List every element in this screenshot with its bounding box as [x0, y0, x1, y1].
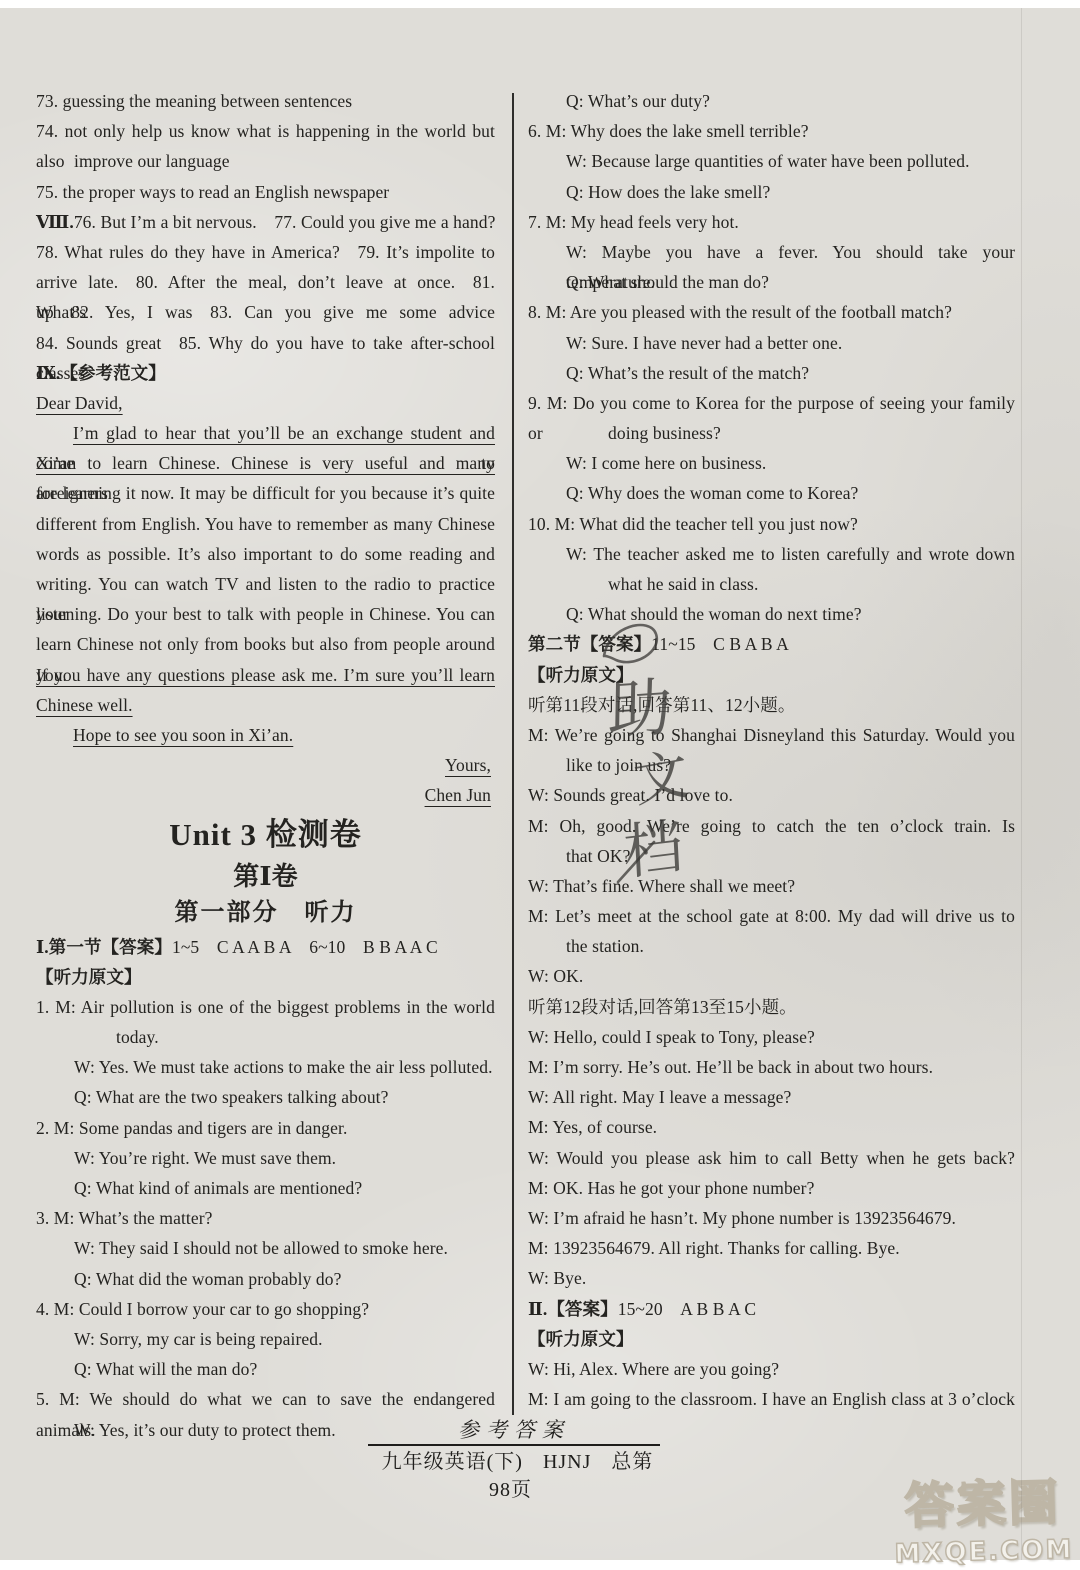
text-line: M: Oh, good. We’re going to catch the te… [528, 811, 1015, 841]
text-segment: Yours, [445, 755, 491, 775]
text-line: Hope to see you soon in Xi’an. [36, 720, 495, 750]
text-line: W: Yes. We must take actions to make the… [36, 1052, 495, 1082]
text-segment: today. [116, 1027, 159, 1047]
text-segment: W: Sounds great. I’d love to. [528, 785, 733, 805]
text-segment: 2. M: Some pandas and tigers are in dang… [36, 1118, 347, 1138]
text-segment: 1. M: Air pollution is one of the bigges… [36, 997, 495, 1017]
text-segment: 15~20 A B B A C [618, 1299, 756, 1319]
text-segment: W: OK. [528, 966, 583, 986]
footer-info: 九年级英语(下) HJNJ 总第98页 [368, 1448, 660, 1476]
text-line: If you have any questions please ask me.… [36, 660, 495, 690]
text-segment: M: 13923564679. All right. Thanks for ca… [528, 1238, 900, 1258]
text-segment: M: Yes, of course. [528, 1117, 657, 1137]
text-segment: like to join us? [566, 755, 671, 775]
text-line: improve our language [36, 146, 495, 176]
text-segment: W: You’re right. We must save them. [74, 1148, 336, 1168]
text-line: 73. guessing the meaning between sentenc… [36, 86, 495, 116]
text-line: 6. M: Why does the lake smell terrible? [528, 116, 1015, 146]
text-line: today. [36, 1022, 495, 1052]
text-segment: M: We’re going to Shanghai Disneyland th… [528, 725, 1015, 745]
text-line: 75. the proper ways to read an English n… [36, 177, 495, 207]
text-segment: W: Hi, Alex. Where are you going? [528, 1359, 779, 1379]
text-segment: 73. guessing the meaning between sentenc… [36, 91, 352, 111]
text-line: M: Yes, of course. [528, 1112, 1015, 1142]
text-line: 第一部分 听力 [36, 895, 495, 932]
footer-ref-label: 参考答案 [368, 1416, 660, 1444]
text-segment: W: Would you please ask him to call Bett… [528, 1148, 1015, 1168]
text-segment: Dear David, [36, 393, 123, 413]
text-segment: W: Sure. I have never had a better one. [566, 333, 842, 353]
text-segment: Unit 3 检测卷 [169, 817, 362, 852]
page: 73. guessing the meaning between sentenc… [0, 8, 1080, 1560]
text-line: Xi’an to learn Chinese. Chinese is very … [36, 448, 495, 478]
watermark-logo: 答案圈 [883, 1463, 1080, 1538]
text-line: 84. Sounds great 85. Why do you have to … [36, 328, 495, 358]
watermark: 答案圈 MXQE.COM [883, 1463, 1080, 1560]
text-segment: that OK? [566, 846, 630, 866]
text-segment: 7. M: My head feels very hot. [528, 212, 739, 232]
text-line: 第Ⅰ卷 [36, 858, 495, 895]
text-line: 78. What rules do they have in America? … [36, 237, 495, 267]
text-segment: M: Let’s meet at the school gate at 8:00… [528, 906, 1015, 926]
watermark-site: MXQE.COM [885, 1534, 1080, 1560]
text-segment: words as possible. It’s also important t… [36, 544, 495, 564]
text-line: W: Because large quantities of water hav… [528, 146, 1015, 176]
text-line: Chen Jun [36, 780, 495, 810]
text-line: 5. M: We should do what we can to save t… [36, 1384, 495, 1414]
text-segment: 75. the proper ways to read an English n… [36, 182, 389, 202]
text-line: 74. not only help us know what is happen… [36, 116, 495, 146]
text-segment: W: I come here on business. [566, 453, 766, 473]
text-segment: 10. M: What did the teacher tell you jus… [528, 514, 858, 534]
text-line: Ⅰ.第一节【答案】1~5 C A A B A 6~10 B B A A C [36, 932, 495, 962]
text-line: M: I’m sorry. He’s out. He’ll be back in… [528, 1052, 1015, 1082]
text-segment: Q: What’s the result of the match? [566, 363, 809, 383]
text-segment: what he said in class. [608, 574, 758, 594]
text-line: Unit 3 检测卷 [36, 811, 495, 858]
text-segment: M: I am going to the classroom. I have a… [528, 1389, 1015, 1409]
text-line: 听第12段对话,回答第13至15小题。 [528, 992, 1015, 1022]
text-segment: Xi’an to learn Chinese. [36, 453, 220, 473]
text-line: 3. M: What’s the matter? [36, 1203, 495, 1233]
text-segment: M: Oh, good. We’re going to catch the te… [528, 816, 1015, 836]
text-line: Q: What’s the result of the match? [528, 358, 1015, 388]
footer-divider [368, 1444, 660, 1446]
text-segment: W: Because large quantities of water hav… [566, 151, 970, 171]
text-line: Chinese well. [36, 690, 495, 720]
text-line: listening. Do your best to talk with peo… [36, 599, 495, 629]
text-line: Q: What kind of animals are mentioned? [36, 1173, 495, 1203]
text-segment: W: Bye. [528, 1268, 586, 1288]
text-line: different from English. You have to reme… [36, 509, 495, 539]
text-line: 第二节【答案】11~15 C B A B A [528, 629, 1015, 659]
text-line: W: They said I should not be allowed to … [36, 1233, 495, 1263]
text-segment: Q: What did the woman probably do? [74, 1269, 341, 1289]
text-line: learn Chinese not only from books but al… [36, 629, 495, 659]
text-line: doing business? [528, 418, 1015, 448]
text-segment: 第二节【答案】 [528, 634, 651, 654]
text-segment: 6. M: Why does the lake smell terrible? [528, 121, 809, 141]
text-line: 【听力原文】 [528, 1324, 1015, 1354]
text-line: W: Would you please ask him to call Bett… [528, 1143, 1015, 1173]
text-segment: Chinese well. [36, 695, 133, 715]
text-segment: up 82. Yes, I was 83. Can you give me so… [36, 302, 495, 322]
text-segment: W: Yes, it’s our duty to protect them. [74, 1420, 336, 1440]
text-segment: Ⅸ.【参考范文】 [36, 363, 166, 383]
text-line: 10. M: What did the teacher tell you jus… [528, 509, 1015, 539]
text-line: 4. M: Could I borrow your car to go shop… [36, 1294, 495, 1324]
text-segment: Ⅱ.【答案】 [528, 1299, 618, 1319]
text-line: 【听力原文】 [528, 660, 1015, 690]
text-segment: are learning it now. It may be difficult… [36, 483, 495, 503]
text-segment: 78. What rules do they have in America? … [36, 242, 495, 262]
text-segment: 3. M: What’s the matter? [36, 1208, 213, 1228]
text-line: M: We’re going to Shanghai Disneyland th… [528, 720, 1015, 750]
text-line: W: Sorry, my car is being repaired. [36, 1324, 495, 1354]
text-segment: Q: What’s our duty? [566, 91, 710, 111]
text-segment: Q: What should the man do? [566, 272, 769, 292]
text-line: W: The teacher asked me to listen carefu… [528, 539, 1015, 569]
text-segment: 【听力原文】 [36, 967, 142, 987]
text-segment: 8. M: Are you pleased with the result of… [528, 302, 952, 322]
text-segment: W: The teacher asked me to listen carefu… [566, 544, 1015, 564]
text-segment: W: They said I should not be allowed to … [74, 1238, 448, 1258]
text-line: the station. [528, 931, 1015, 961]
text-line: Q: What should the man do? [528, 267, 1015, 297]
text-segment: 1~5 C A A B A 6~10 B B A A C [172, 937, 438, 957]
text-segment: W: Sorry, my car is being repaired. [74, 1329, 323, 1349]
text-line: are learning it now. It may be difficult… [36, 478, 495, 508]
text-segment: M: OK. Has he got your phone number? [528, 1178, 814, 1198]
text-segment: Q: What will the man do? [74, 1359, 257, 1379]
right-column: Q: What’s our duty?6. M: Why does the la… [528, 86, 1015, 1414]
text-segment: W: Yes. We must take actions to make the… [74, 1057, 493, 1077]
text-line: Ⅱ.【答案】15~20 A B B A C [528, 1294, 1015, 1324]
text-segment: Q: What kind of animals are mentioned? [74, 1178, 362, 1198]
text-line: W: You’re right. We must save them. [36, 1143, 495, 1173]
text-line: W: Maybe you have a fever. You should ta… [528, 237, 1015, 267]
text-line: words as possible. It’s also important t… [36, 539, 495, 569]
text-line: Q: Why does the woman come to Korea? [528, 478, 1015, 508]
text-line: W: Sounds great. I’d love to. [528, 780, 1015, 810]
text-line: 1. M: Air pollution is one of the bigges… [36, 992, 495, 1022]
text-segment: M: I’m sorry. He’s out. He’ll be back in… [528, 1057, 933, 1077]
text-line: Q: What are the two speakers talking abo… [36, 1082, 495, 1112]
text-segment: W: Hello, could I speak to Tony, please? [528, 1027, 815, 1047]
text-line: 【听力原文】 [36, 962, 495, 992]
text-line: 9. M: Do you come to Korea for the purpo… [528, 388, 1015, 418]
text-line: 2. M: Some pandas and tigers are in dang… [36, 1113, 495, 1143]
text-line: W: All right. May I leave a message? [528, 1082, 1015, 1112]
text-segment: different from English. You have to reme… [36, 514, 495, 534]
text-segment: 第一部分 听力 [175, 900, 357, 926]
text-line: 7. M: My head feels very hot. [528, 207, 1015, 237]
text-line: Q: What should the woman do next time? [528, 599, 1015, 629]
text-segment: listening. Do your best to talk with peo… [36, 604, 495, 624]
document-photo: { "page": { "colors": { "paper": "#dfddd… [0, 0, 1080, 1560]
text-segment: If you have any questions please ask me.… [36, 665, 495, 685]
text-segment: Q: What should the woman do next time? [566, 604, 862, 624]
footer-code: HJNJ [543, 1451, 591, 1473]
text-segment: Q: Why does the woman come to Korea? [566, 483, 858, 503]
text-line: arrive late. 80. After the meal, don’t l… [36, 267, 495, 297]
text-line: W: OK. [528, 961, 1015, 991]
text-line: 8. M: Are you pleased with the result of… [528, 297, 1015, 327]
text-segment: W: That’s fine. Where shall we meet? [528, 876, 795, 896]
text-line: W: Bye. [528, 1263, 1015, 1293]
text-line: W: Hello, could I speak to Tony, please? [528, 1022, 1015, 1052]
text-line: what he said in class. [528, 569, 1015, 599]
text-line: W: Hi, Alex. Where are you going? [528, 1354, 1015, 1384]
text-segment: Ⅰ.第一节【答案】 [36, 937, 172, 957]
text-segment: doing business? [608, 423, 721, 443]
text-segment: improve our language [74, 151, 230, 171]
text-line: M: I am going to the classroom. I have a… [528, 1384, 1015, 1414]
text-segment: 听第11段对话,回答第11、12小题。 [528, 695, 795, 715]
footer-book: 九年级英语(下) [382, 1451, 523, 1473]
text-segment: 第Ⅰ卷 [233, 862, 297, 891]
text-segment: 【听力原文】 [528, 1329, 634, 1349]
left-column: 73. guessing the meaning between sentenc… [36, 86, 495, 1445]
text-line: like to join us? [528, 750, 1015, 780]
text-line: W: I come here on business. [528, 448, 1015, 478]
text-line: Q: What did the woman probably do? [36, 1264, 495, 1294]
text-line: W: I’m afraid he hasn’t. My phone number… [528, 1203, 1015, 1233]
text-segment: Hope to see you soon in Xi’an. [73, 725, 293, 745]
text-segment: the station. [566, 936, 644, 956]
text-line: Q: What will the man do? [36, 1354, 495, 1384]
text-segment: 【听力原文】 [528, 665, 634, 685]
text-segment: Chen Jun [425, 785, 491, 805]
text-line: that OK? [528, 841, 1015, 871]
text-segment: 听第12段对话,回答第13至15小题。 [528, 997, 797, 1017]
text-line: writing. You can watch TV and listen to … [36, 569, 495, 599]
column-divider [512, 93, 514, 1415]
text-line: M: OK. Has he got your phone number? [528, 1173, 1015, 1203]
text-line: Q: What’s our duty? [528, 86, 1015, 116]
page-footer: 参考答案 九年级英语(下) HJNJ 总第98页 [368, 1416, 660, 1476]
text-line: M: 13923564679. All right. Thanks for ca… [528, 1233, 1015, 1263]
text-line: Yours, [36, 750, 495, 780]
text-segment: Q: How does the lake smell? [566, 182, 770, 202]
text-segment: W: I’m afraid he hasn’t. My phone number… [528, 1208, 956, 1228]
text-line: W: Sure. I have never had a better one. [528, 328, 1015, 358]
text-line: W: That’s fine. Where shall we meet? [528, 871, 1015, 901]
text-line: Dear David, [36, 388, 495, 418]
text-line: M: Let’s meet at the school gate at 8:00… [528, 901, 1015, 931]
text-line: Ⅸ.【参考范文】 [36, 358, 495, 388]
text-segment: 11~15 C B A B A [651, 634, 789, 654]
text-line: 听第11段对话,回答第11、12小题。 [528, 690, 1015, 720]
text-segment: Q: What are the two speakers talking abo… [74, 1087, 389, 1107]
text-segment: W: All right. May I leave a message? [528, 1087, 791, 1107]
text-segment: 4. M: Could I borrow your car to go shop… [36, 1299, 369, 1319]
text-line: I’m glad to hear that you’ll be an excha… [36, 418, 495, 448]
text-segment: 76. But I’m a bit nervous. 77. Could you… [74, 212, 496, 232]
text-line: up 82. Yes, I was 83. Can you give me so… [36, 297, 495, 327]
text-line: Q: How does the lake smell? [528, 177, 1015, 207]
text-line: Ⅷ.76. But I’m a bit nervous. 77. Could y… [36, 207, 495, 237]
text-segment: Ⅷ. [36, 212, 74, 232]
